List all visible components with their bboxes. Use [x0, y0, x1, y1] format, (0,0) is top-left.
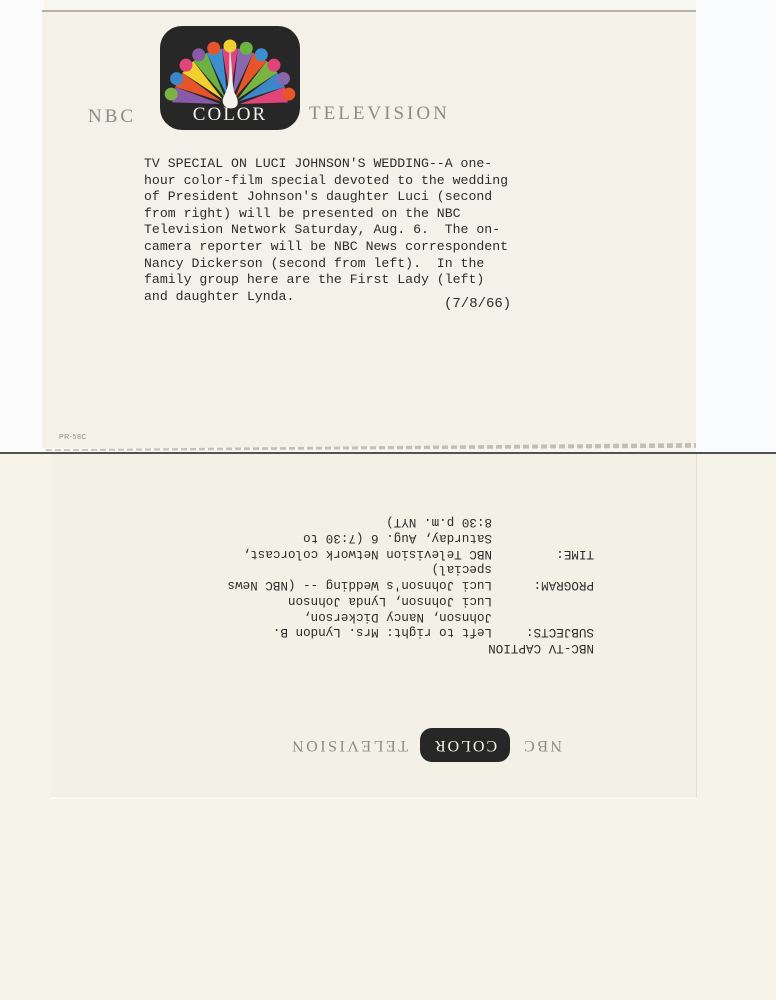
upside-down-caption-block: NBC-TV CAPTION SUBJECTS: Left to right: …	[174, 510, 594, 655]
brand-television: TELEVISION	[309, 103, 450, 125]
fold-line	[0, 452, 776, 454]
brand-nbc: NBC	[88, 106, 136, 128]
photo-caption-text: TV SPECIAL ON LUCI JOHNSON'S WEDDING--A …	[144, 156, 584, 305]
scanner-background-left	[0, 0, 44, 456]
nbc-peacock-logo: COLOR	[160, 26, 300, 130]
release-date: (7/8/66)	[444, 296, 511, 312]
logo-color-text: COLOR	[160, 104, 300, 126]
time-row: TIME: NBC Television Network colorcast,	[174, 545, 594, 561]
logo-color-pill: COLOR	[420, 728, 510, 762]
upside-down-nbc-header: NBC COLOR TELEVISION	[250, 726, 670, 762]
form-code: PR-58C	[59, 434, 87, 441]
program-row: PROGRAM: Luci Johnson's Wedding -- (NBC …	[174, 576, 594, 592]
brand-television-flipped: TELEVISION	[290, 736, 408, 754]
caption-title: NBC-TV CAPTION	[174, 639, 594, 655]
scanner-background-right	[696, 0, 776, 452]
subjects-row: SUBJECTS: Left to right: Mrs. Lyndon B.	[174, 624, 594, 640]
